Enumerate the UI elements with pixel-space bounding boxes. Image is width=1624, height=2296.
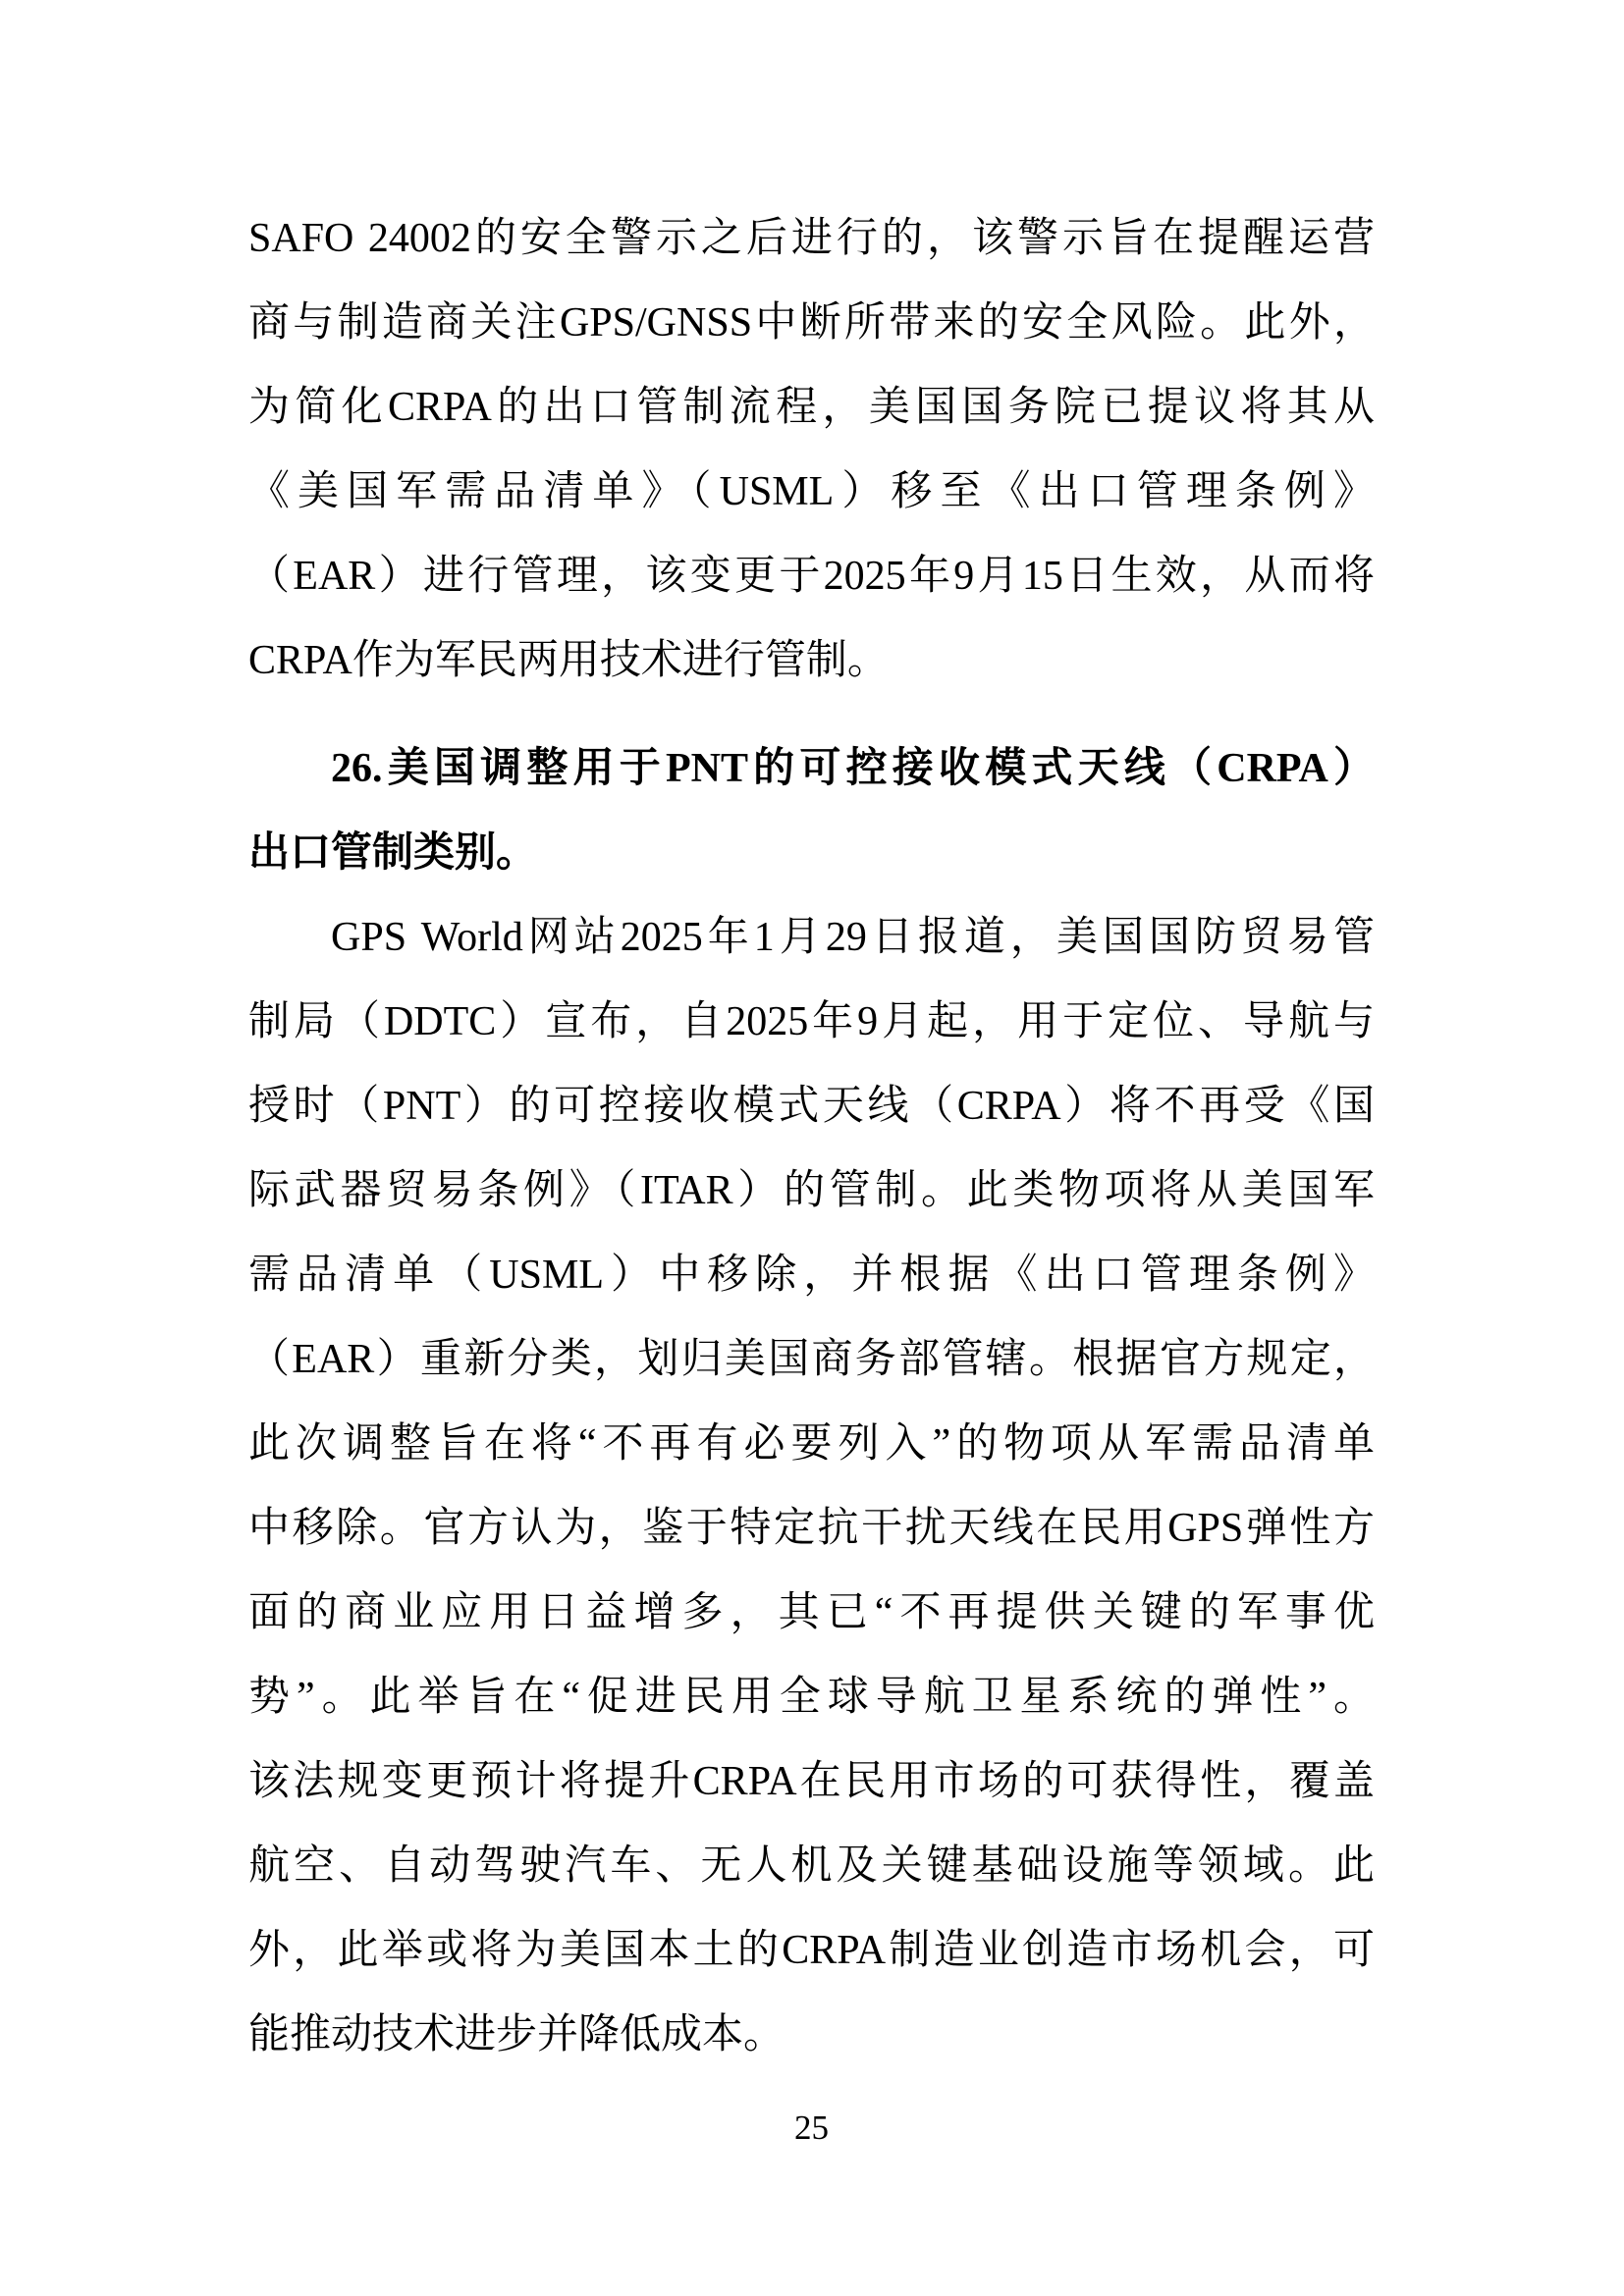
text-line: 《美国军需品清单》（USML）移至《出口管理条例》	[248, 450, 1375, 534]
text-line: 授时（PNT）的可控接收模式天线（CRPA）将不再受《国	[248, 1064, 1375, 1148]
text-line: 外，此举或将为美国本土的CRPA制造业创造市场机会，可	[248, 1908, 1375, 1993]
text-line: 该法规变更预计将提升CRPA在民用市场的可获得性，覆盖	[248, 1739, 1375, 1824]
text-line: 面的商业应用日益增多，其已“不再提供关键的军事优	[248, 1571, 1375, 1655]
text-line: 势”。此举旨在“促进民用全球导航卫星系统的弹性”。	[248, 1655, 1375, 1739]
text-line: （EAR）重新分类，划归美国商务部管辖。根据官方规定，	[248, 1317, 1375, 1402]
text-line: GPS World网站2025年1月29日报道，美国国防贸易管	[248, 895, 1375, 980]
document-page: SAFO 24002的安全警示之后进行的，该警示旨在提醒运营 商与制造商关注GP…	[0, 0, 1624, 2296]
text-line: SAFO 24002的安全警示之后进行的，该警示旨在提醒运营	[248, 196, 1375, 281]
text-line: 际武器贸易条例》（ITAR）的管制。此类物项将从美国军	[248, 1148, 1375, 1233]
page-number: 25	[248, 2099, 1375, 2158]
heading-line: 出口管制类别。	[248, 811, 1375, 895]
text-line: 此次调整旨在将“不再有必要列入”的物项从军需品清单	[248, 1402, 1375, 1486]
section-heading: 26.美国调整用于PNT的可控接收模式天线（CRPA） 出口管制类别。	[248, 726, 1375, 895]
text-line: （EAR）进行管理，该变更于2025年9月15日生效，从而将	[248, 534, 1375, 618]
text-line: 为简化CRPA的出口管制流程，美国国务院已提议将其从	[248, 365, 1375, 450]
paragraph-body: GPS World网站2025年1月29日报道，美国国防贸易管 制局（DDTC）…	[248, 895, 1375, 2077]
text-line: CRPA作为军民两用技术进行管制。	[248, 618, 1375, 703]
text-line: 需品清单（USML）中移除，并根据《出口管理条例》	[248, 1233, 1375, 1317]
text-line: 制局（DDTC）宣布，自2025年9月起，用于定位、导航与	[248, 980, 1375, 1064]
text-line: 能推动技术进步并降低成本。	[248, 1993, 1375, 2077]
text-line: 商与制造商关注GPS/GNSS中断所带来的安全风险。此外，	[248, 281, 1375, 365]
text-line: 航空、自动驾驶汽车、无人机及关键基础设施等领域。此	[248, 1824, 1375, 1908]
paragraph-continuation: SAFO 24002的安全警示之后进行的，该警示旨在提醒运营 商与制造商关注GP…	[248, 196, 1375, 703]
text-line: 中移除。官方认为，鉴于特定抗干扰天线在民用GPS弹性方	[248, 1486, 1375, 1571]
heading-line: 26.美国调整用于PNT的可控接收模式天线（CRPA）	[248, 726, 1375, 811]
